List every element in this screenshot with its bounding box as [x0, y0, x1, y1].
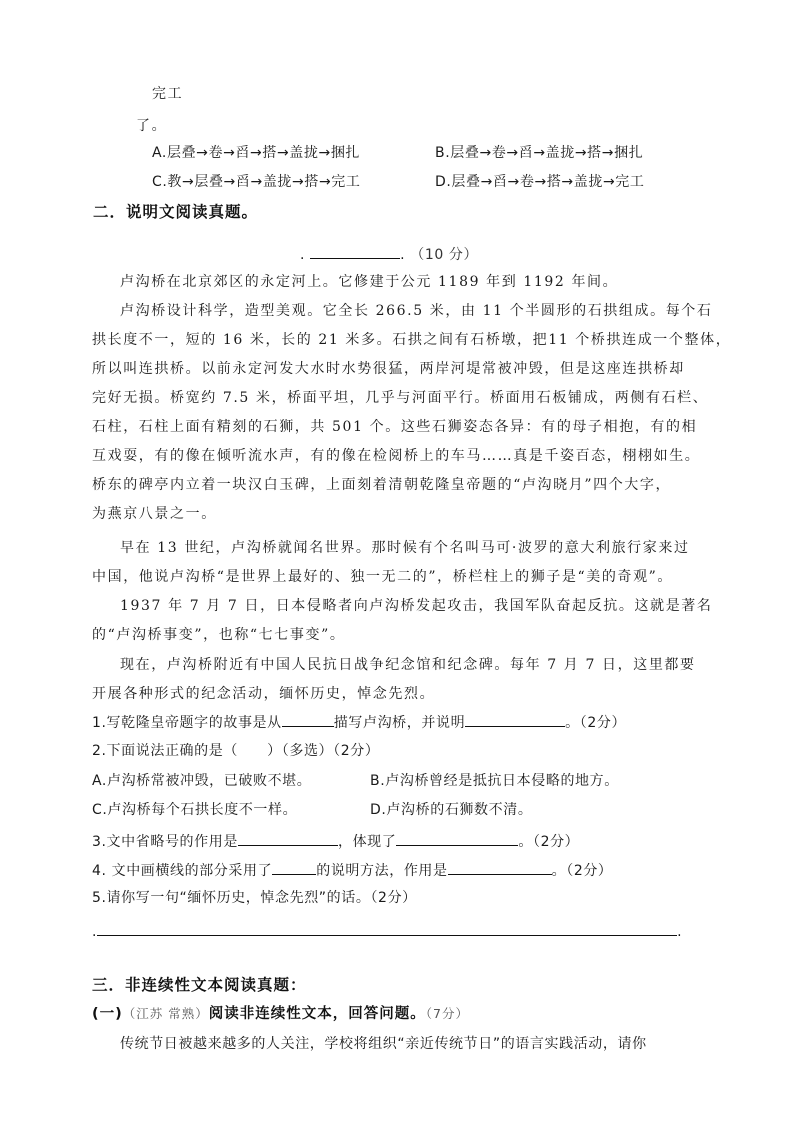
question-4: 4. 文中画横线的部分采用了的说明方法，作用是。（2分） [92, 859, 613, 881]
prev-option-d: D.层叠→舀→卷→搭→盖拢→完工 [435, 172, 644, 192]
question-2-option-c[interactable]: C.卢沟桥每个石拱长度不一样。 [92, 800, 297, 820]
title-score: （10 分） [410, 247, 478, 263]
prev-question-fragment: 了。 [136, 116, 167, 136]
prev-question-fragment: 完工 [152, 84, 183, 104]
prev-option-a: A.层叠→卷→舀→搭→盖拢→捆扎 [152, 143, 360, 163]
question-3-text: 3.文中省略号的作用是 [92, 834, 238, 850]
paragraph-line: 互戏耍，有的像在倾听流水声，有的像在检阅桥上的车马……真是千姿百态，栩栩如生。 [92, 446, 700, 466]
paragraph-line: 石柱，石柱上面有精刻的石狮，共 501 个。这些石狮姿态各异：有的母子相抱，有的… [92, 417, 697, 437]
sub-heading-score: （7分） [426, 1006, 469, 1021]
question-4-text: 的说明方法，作用是 [316, 863, 447, 879]
answer-blank[interactable] [396, 830, 518, 846]
paragraph-line: 1937 年 7 月 7 日，日本侵略者向卢沟桥发起攻击，我国军队奋起反抗。这就… [120, 596, 713, 616]
answer-line-suffix: . [677, 924, 682, 940]
paragraph-line: 拱长度不一，短的 16 米，长的 21 米多。石拱之间有石桥墩，把11 个桥拱连… [92, 330, 731, 350]
sub-heading-number: (一) [92, 1006, 123, 1022]
answer-line: .. [92, 920, 682, 942]
sub-heading-text: 阅读非连续性文本，回答问题。 [209, 1006, 426, 1022]
answer-blank[interactable] [448, 859, 552, 875]
question-2-option-d[interactable]: D.卢沟桥的石狮数不清。 [370, 800, 532, 820]
paragraph-line: 卢沟桥设计科学，造型美观。它全长 266.5 米，由 11 个半圆形的石拱组成。… [120, 301, 713, 321]
answer-blank[interactable] [282, 711, 334, 727]
question-1-text: 1.写乾隆皇帝题字的故事是从 [92, 715, 282, 731]
sub-heading: (一)（江苏 常熟）阅读非连续性文本，回答问题。（7分） [92, 1004, 469, 1024]
paragraph-line: 现在，卢沟桥附近有中国人民抗日战争纪念馆和纪念碑。每年 7 月 7 日，这里都要 [120, 655, 696, 675]
paragraph-line: 桥东的碑亭内立着一块汉白玉碑，上面刻着清朝乾隆皇帝题的“卢沟晓月”四个大字， [92, 475, 671, 495]
question-1: 1.写乾隆皇帝题字的故事是从描写卢沟桥，并说明。（2分） [92, 711, 626, 733]
paragraph-line: 所以叫连拱桥。以前永定河发大水时水势很猛，两岸河堤常被冲毁，但是这座连拱桥却 [92, 359, 685, 379]
prev-option-c: C.教→层叠→舀→盖拢→搭→完工 [152, 172, 360, 192]
sub-heading-source: （江苏 常熟） [123, 1006, 209, 1021]
title-suffix: . [400, 247, 405, 263]
paragraph-line: 开展各种形式的纪念活动，缅怀历史，悼念先烈。 [92, 684, 435, 704]
answer-blank[interactable] [465, 711, 565, 727]
section-intro: 传统节日被越来越多的人关注，学校将组织“亲近传统节日”的语言实践活动，请你 [120, 1034, 647, 1054]
question-4-score: 。（2分） [552, 863, 613, 879]
paragraph-line: 中国，他说卢沟桥“是世界上最好的、独一无二的”，桥栏柱上的狮子是“美的奇观”。 [92, 567, 673, 587]
question-3: 3.文中省略号的作用是，体现了。（2分） [92, 830, 579, 852]
question-2: 2.下面说法正确的是（ ）（多选）（2分） [92, 741, 379, 761]
section-heading: 三．非连续性文本阅读真题： [92, 975, 307, 995]
paragraph-line: 为燕京八景之一。 [92, 504, 217, 524]
question-5: 5.请你写一句“缅怀历史，悼念先烈”的话。（2分） [92, 888, 417, 908]
question-3-text: ，体现了 [338, 834, 396, 850]
question-4-text: 4. 文中画横线的部分采用了 [92, 863, 272, 879]
paragraph-line: 卢沟桥在北京郊区的永定河上。它修建于公元 1189 年到 1192 年间。 [120, 272, 618, 292]
paragraph-line: 的“卢沟桥事变”，也称“七七事变”。 [92, 625, 345, 645]
passage-title-line: . . （10 分） [300, 243, 478, 265]
section-heading: 二．说明文阅读真题。 [93, 202, 258, 222]
prev-option-b: B.层叠→卷→舀→盖拢→搭→捆扎 [435, 143, 643, 163]
paragraph-line: 早在 13 世纪，卢沟桥就闻名世界。那时候有个名叫马可·波罗的意大利旅行家来过 [120, 538, 690, 558]
question-2-option-a[interactable]: A.卢沟桥常被冲毁，已破败不堪。 [92, 771, 311, 791]
question-1-text: 描写卢沟桥，并说明 [334, 715, 465, 731]
answer-blank[interactable] [272, 859, 316, 875]
question-3-score: 。（2分） [518, 834, 579, 850]
answer-blank[interactable] [97, 920, 677, 936]
paragraph-line: 完好无损。桥宽约 7.5 米，桥面平坦，几乎与河面平行。桥面用石板铺成，两侧有石… [92, 388, 708, 408]
question-2-option-b[interactable]: B.卢沟桥曾经是抵抗日本侵略的地方。 [370, 771, 619, 791]
question-1-score: 。（2分） [565, 715, 626, 731]
title-blank[interactable] [310, 243, 400, 259]
title-prefix: . [300, 247, 305, 263]
answer-blank[interactable] [238, 830, 338, 846]
